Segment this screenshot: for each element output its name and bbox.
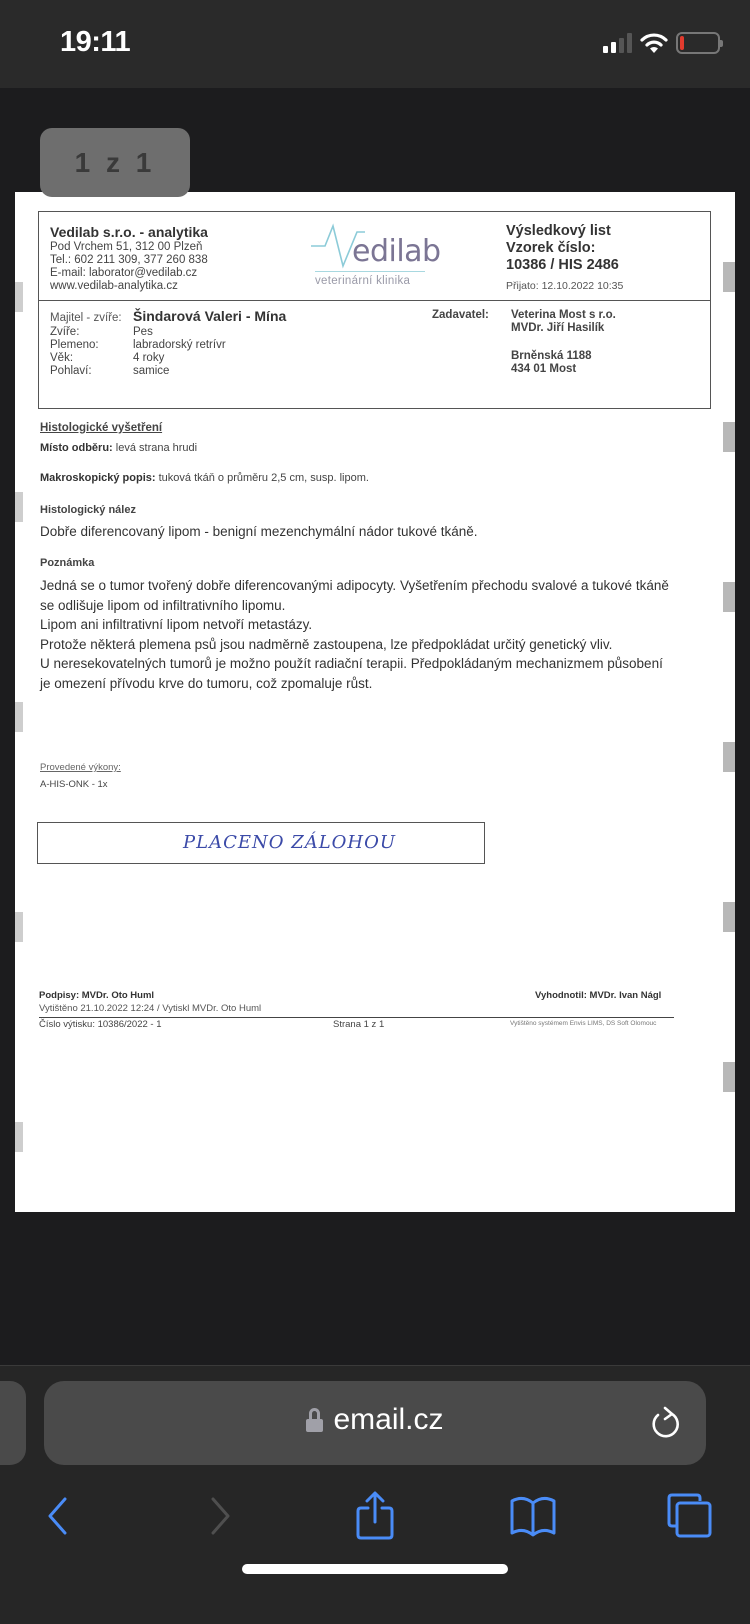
battery-level (680, 36, 684, 50)
sample-number: 10386 / HIS 2486 (506, 257, 619, 273)
logo-wordmark: edilab (352, 234, 441, 269)
performed-value: A-HIS-ONK - 1x (40, 779, 108, 790)
note-line: Protože některá plemena psů jsou nadměrn… (40, 635, 730, 655)
address-display: email.cz (44, 1403, 706, 1437)
histology-section-title: Histologické vyšetření (40, 422, 162, 434)
printed-info: Vytištěno 21.10.2022 12:24 / Vytiskl MVD… (39, 1003, 261, 1014)
signatures: Podpisy: MVDr. Oto Huml (39, 990, 154, 1001)
print-system: Vytištěno systémem Envis LIMS, DS Soft O… (510, 1020, 656, 1027)
note-title: Poznámka (40, 557, 94, 569)
book-icon (509, 1495, 557, 1537)
logo-subtitle: veterinární klinika (315, 275, 410, 287)
sampling-site: Místo odběru: levá strana hrudi (40, 442, 197, 454)
status-icons (603, 32, 720, 54)
forward-button[interactable] (196, 1491, 246, 1541)
scan-artifact-right (723, 192, 735, 1212)
logo-rule (315, 271, 425, 272)
requester-line: 434 01 Most (511, 363, 576, 375)
patient-value: samice (133, 365, 169, 377)
previous-tab-peek[interactable] (0, 1381, 26, 1465)
owner-label: Majitel - zvíře: (50, 312, 122, 324)
lab-address: Pod Vrchem 51, 312 00 Plzeň (50, 241, 202, 253)
requester-label: Zadavatel: (432, 309, 489, 321)
status-bar: 19:11 (0, 0, 750, 88)
evaluated-by: Vyhodnotil: MVDr. Ivan Nágl (535, 990, 661, 1001)
received-date: Přijato: 12.10.2022 10:35 (506, 280, 623, 292)
note-line: U neresekovatelných tumorů je možno použ… (40, 654, 730, 674)
home-indicator[interactable] (242, 1564, 508, 1574)
lab-email: E-mail: laborator@vedilab.cz (50, 267, 197, 279)
header-box: Vedilab s.r.o. - analytika Pod Vrchem 51… (38, 211, 711, 409)
header-divider (39, 300, 710, 301)
lab-name: Vedilab s.r.o. - analytika (50, 224, 208, 240)
sample-label: Vzorek číslo: (506, 240, 595, 256)
chevron-left-icon (45, 1496, 69, 1536)
requester-line: Veterina Most s r.o. (511, 309, 616, 321)
patient-value: 4 roky (133, 352, 164, 364)
performed-title: Provedené výkony: (40, 762, 121, 773)
page-counter: 1 z 1 (40, 128, 190, 197)
note-line: Jedná se o tumor tvořený dobře diferenco… (40, 576, 730, 596)
lab-web: www.vedilab-analytika.cz (50, 280, 178, 292)
lab-phone: Tel.: 602 211 309, 377 260 838 (50, 254, 208, 266)
patient-value: Pes (133, 326, 153, 338)
requester-line: Brněnská 1188 (511, 350, 592, 362)
document-page: Vedilab s.r.o. - analytika Pod Vrchem 51… (15, 192, 735, 1212)
note-line: se odlišuje lipom od infiltrativního lip… (40, 596, 730, 616)
browser-chrome: email.cz (0, 1365, 750, 1624)
chevron-right-icon (209, 1496, 233, 1536)
patient-label: Zvíře: (50, 326, 79, 338)
print-number: Číslo výtisku: 10386/2022 - 1 (39, 1019, 162, 1030)
url-text: email.cz (333, 1403, 443, 1437)
tabs-button[interactable] (665, 1491, 715, 1541)
note-line: Lipom ani infiltrativní lipom netvoří me… (40, 615, 730, 635)
payment-note-box: PLACENO ZÁLOHOU (37, 822, 485, 864)
footer-divider (39, 1017, 674, 1018)
macro-value: tuková tkáň o průměru 2,5 cm, susp. lipo… (156, 472, 369, 484)
scan-artifact-left (15, 192, 23, 1212)
patient-label: Pohlaví: (50, 365, 92, 377)
back-button[interactable] (32, 1491, 82, 1541)
page-number: Strana 1 z 1 (333, 1019, 384, 1030)
status-time: 19:11 (60, 26, 130, 59)
patient-label: Věk: (50, 352, 73, 364)
lock-icon (306, 1408, 323, 1432)
share-icon (355, 1491, 395, 1541)
sampling-site-value: levá strana hrudi (113, 442, 197, 454)
finding-title: Histologický nález (40, 504, 136, 516)
patient-label: Plemeno: (50, 339, 99, 351)
wifi-icon (640, 32, 668, 54)
browser-toolbar (0, 1481, 750, 1551)
note-text: Jedná se o tumor tvořený dobře diferenco… (40, 576, 730, 693)
macro-label: Makroskopický popis: (40, 472, 156, 484)
owner-value: Šindarová Valeri - Mína (133, 308, 286, 324)
macroscopic-description: Makroskopický popis: tuková tkáň o průmě… (40, 472, 369, 484)
patient-value: labradorský retrívr (133, 339, 226, 351)
reload-icon[interactable] (648, 1405, 682, 1441)
finding-text: Dobře diferencovaný lipom - benigní meze… (40, 524, 478, 539)
payment-handwritten-note: PLACENO ZÁLOHOU (183, 832, 396, 853)
cellular-signal-icon (603, 33, 632, 53)
sampling-site-label: Místo odběru: (40, 442, 113, 454)
tabs-icon (667, 1493, 713, 1539)
note-line: je omezení přívodu krve do tumoru, což z… (40, 674, 730, 694)
battery-icon (676, 32, 720, 54)
address-bar[interactable]: email.cz (44, 1381, 706, 1465)
result-title: Výsledkový list (506, 223, 611, 239)
requester-line: MVDr. Jiří Hasilík (511, 322, 604, 334)
share-button[interactable] (350, 1491, 400, 1541)
vedilab-logo: edilab veterinární klinika (309, 220, 429, 294)
bookmarks-button[interactable] (508, 1491, 558, 1541)
